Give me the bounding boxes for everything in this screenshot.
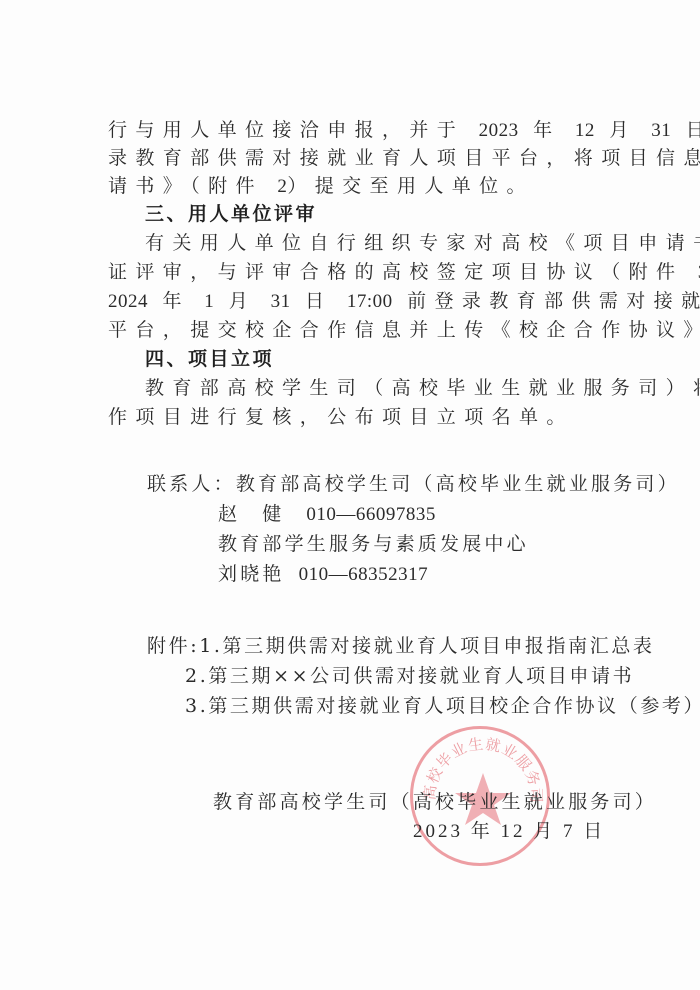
attachment-label: 附件: <box>147 635 199 657</box>
contact-line: 联系人：教育部高校学生司（高校毕业生就业服务司） <box>147 470 680 498</box>
contact-phone-1: 010—66097835 <box>306 504 436 525</box>
attachment-item-2: 2.第三期××公司供需对接就业育人项目申请书 <box>185 662 634 690</box>
contact-org-1: 教育部高校学生司（高校毕业生就业服务司） <box>236 473 680 495</box>
paragraph-line: 有关用人单位自行组织专家对高校《项目申请书》进行论 <box>145 229 700 257</box>
document-page: 行与用人单位接洽申报，并于 2023 年 12 月 31 日 17:00 前登 … <box>0 0 700 990</box>
paragraph-line: 请书》（附件 2）提交至用人单位。 <box>108 172 534 201</box>
paragraph-line: 行与用人单位接洽申报，并于 2023 年 12 月 31 日 17:00 前登 <box>108 116 700 145</box>
paragraph-line: 证评审，与评审合格的高校签定项目协议（附件 3），高校于 <box>108 258 700 287</box>
issuer-signature: 教育部高校学生司（高校毕业生就业服务司） <box>213 788 657 816</box>
contact-org-2: 教育部学生服务与素质发展中心 <box>218 530 529 558</box>
attachment-item-3: 3.第三期供需对接就业育人项目校企合作协议（参考） <box>185 692 700 720</box>
contact-phone-2: 010—68352317 <box>299 564 429 585</box>
contact-person-2: 刘晓艳010—68352317 <box>218 560 428 589</box>
paragraph-line: 作项目进行复核，公布项目立项名单。 <box>108 403 574 431</box>
contact-person-1: 赵健010—66097835 <box>218 500 436 529</box>
paragraph-line: 录教育部供需对接就业育人项目平台，将项目信息及《项目申 <box>108 144 700 172</box>
paragraph-line: 教育部高校学生司（高校毕业生就业服务司）将对校企合 <box>145 374 700 402</box>
paragraph-line: 2024 年 1 月 31 日 17:00 前登录教育部供需对接就业育人项目 <box>108 287 700 316</box>
section-heading-3: 三、用人单位评审 <box>145 200 317 228</box>
contact-label: 联系人： <box>147 473 236 495</box>
attachment-item-1: 附件:1.第三期供需对接就业育人项目申报指南汇总表 <box>147 632 655 660</box>
section-heading-4: 四、项目立项 <box>145 345 274 373</box>
issue-date: 2023 年 12 月 7 日 <box>413 818 605 846</box>
paragraph-line: 平台，提交校企合作信息并上传《校企合作协议》。 <box>108 316 700 344</box>
